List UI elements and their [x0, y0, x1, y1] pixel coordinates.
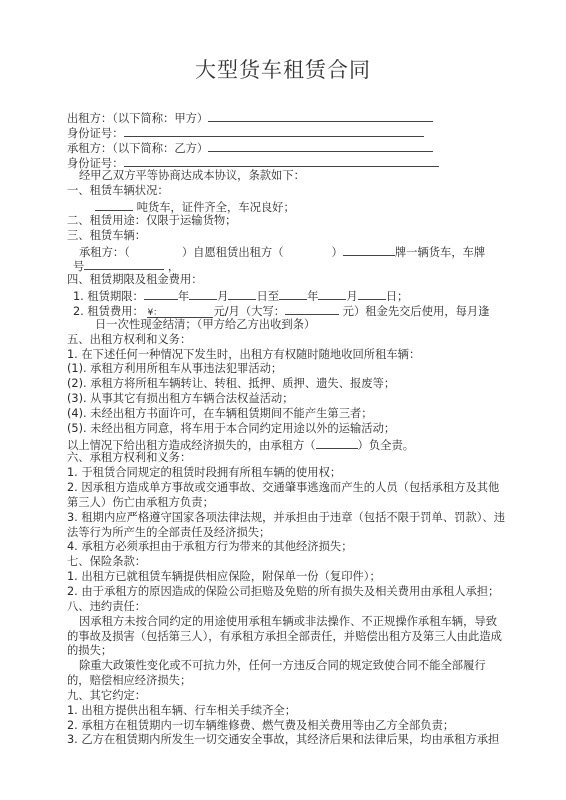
s3-d: 牌一辆货车，车牌	[395, 246, 485, 259]
section-6-heading: 六、承租方权利和义务：	[67, 451, 507, 466]
month2-label: 月	[346, 290, 357, 303]
section-5-summary: 以上情况下给出租方造成经济损失的，由承租方（）负全责。	[67, 437, 507, 452]
s3-b: ）自愿租赁出租方（	[182, 246, 284, 259]
lessor-id-line: 身份证号：	[67, 125, 507, 140]
start-month-blank[interactable]	[189, 288, 217, 300]
lessor-label: 出租方：（以下简称：甲方）	[67, 112, 208, 125]
section-3-text: 承租方：（）自愿租赁出租方（）牌一辆货车，车牌	[67, 244, 507, 259]
section-1-body: 吨货车，证件齐全，车况良好；	[137, 201, 295, 214]
end-day-blank[interactable]	[358, 288, 386, 300]
day-to-label: 日至	[256, 290, 279, 303]
lease-fee-label: 2. 租赁费用：	[73, 305, 144, 318]
lessee-blank[interactable]	[208, 140, 433, 152]
section-5-sub-5: (5). 未经出租方同意，将车用于本合同约定用途以外的运输活动；	[67, 422, 507, 437]
year-label: 年	[178, 290, 189, 303]
month-label: 月	[217, 290, 228, 303]
lease-term-line: 1. 租赁期限：年月日至年月日；	[67, 288, 507, 303]
lease-fee-line: 2. 租赁费用： ¥：元/月（大写： 元）租金先交后使用，每月逢	[67, 303, 507, 318]
section-1-heading: 一、租赁车辆状况：	[67, 184, 507, 199]
section-8-heading: 八、违约责任：	[67, 600, 507, 615]
section-7-heading: 七、保险条款：	[67, 555, 507, 570]
lessee-line: 承租方：（以下简称：乙方）	[67, 140, 507, 155]
s3-e: 号	[73, 260, 84, 273]
summary-b: ）负全责。	[358, 439, 415, 452]
section-6-item-2b: 第三人）伤亡由承租方负责；	[67, 496, 507, 511]
section-3-heading: 三、租赁车辆：	[67, 229, 507, 244]
start-year-blank[interactable]	[144, 288, 178, 300]
section-6-item-2a: 2. 因承租方造成单方事故或交通事故、交通肇事逃逸而产生的人员（包括承租方及其他	[67, 481, 507, 496]
document-title: 大型货车租赁合同	[0, 54, 566, 84]
end-month-blank[interactable]	[318, 288, 346, 300]
section-5-heading: 五、出租方权利和义务：	[67, 333, 507, 348]
lessee-id-line: 身份证号：	[67, 155, 507, 170]
lessor-line: 出租方：（以下简称：甲方）	[67, 110, 507, 125]
lease-fee-cont: 日一次性现金结清；（甲方给乙方出收到条）	[67, 318, 507, 333]
plate-blank[interactable]	[84, 258, 164, 270]
section-8-p1b: 的事故及损害（包括第三人），有承租方承担全部责任，并赔偿出租方及第三人由此造成	[67, 630, 507, 645]
section-7-item-1: 1. 出租方已就租赁车辆提供相应保险，附保单一份（复印件）；	[67, 570, 507, 585]
section-6-item-4: 4. 承租方必须承担由于承租方行为带来的其他经济损失；	[67, 540, 507, 555]
section-9-heading: 九、其它约定：	[67, 689, 507, 704]
section-9-item-3: 3. 乙方在租赁期内所发生一切交通安全事故，其经济后果和法律后果，均由承租方承担	[67, 733, 507, 748]
section-1-text: 吨货车，证件齐全，车况良好；	[67, 199, 507, 214]
lessor-id-label: 身份证号：	[67, 127, 124, 140]
lessor-id-blank[interactable]	[124, 125, 424, 137]
day2-label: 日；	[386, 290, 409, 303]
section-8-p2b: 的，赔偿相应经济损失；	[67, 674, 507, 689]
yen-symbol: ¥：	[147, 308, 162, 318]
summary-a: 以上情况下给出租方造成经济损失的，由承租方（	[67, 439, 316, 452]
section-5-sub-3: (3). 从事其它有损出租方车辆合法权益活动；	[67, 392, 507, 407]
year2-label: 年	[307, 290, 318, 303]
section-3-plate: 号 ，	[67, 258, 507, 273]
section-6-item-3b: 法等行为所产生的全部责任及经济损失；	[67, 526, 507, 541]
lessee-label: 承租方：（以下简称：乙方）	[67, 142, 208, 155]
section-5-sub-4: (4). 未经出租方书面许可，在车辆租赁期间不能产生第三者；	[67, 407, 507, 422]
section-9-item-1: 1. 出租方提供出租车辆、行车相关手续齐全；	[67, 704, 507, 719]
lessor-blank[interactable]	[208, 110, 433, 122]
section-6-item-3a: 3. 租期内应严格遵守国家各项法律法规，并承担由于违章（包括不限于罚单、罚款）、…	[67, 511, 507, 526]
section-8-p1c: 的损失；	[67, 644, 507, 659]
end-year-blank[interactable]	[279, 288, 307, 300]
section-9-item-2: 2. 承租方在租赁期内一切车辆维修费、燃气费及相关费用等由乙方全部负责；	[67, 719, 507, 734]
section-5-item-1: 1. 在下述任何一种情况下发生时，出租方有权随时随地收回所租车辆：	[67, 348, 507, 363]
fee-unit: 元/月（大写：	[213, 305, 285, 318]
preamble: 经甲乙双方平等协商达成本协议，条款如下：	[67, 169, 507, 184]
brand-blank[interactable]	[343, 244, 395, 256]
section-6-item-1: 1. 于租赁合同规定的租赁时段拥有所租车辆的使用权；	[67, 466, 507, 481]
tonnage-blank[interactable]	[95, 199, 133, 211]
fee-rest: 元）租金先交后使用，每月逢	[343, 305, 490, 318]
responsible-party-blank[interactable]	[316, 437, 358, 449]
section-8-p2a: 除重大政策性变化或不可抗力外，任何一方违反合同的规定致使合同不能全部履行	[67, 659, 507, 674]
section-7-item-2: 2. 由于承租方的原因造成的保险公司拒赔及免赔的所有损失及相关费用由承租人承担；	[67, 585, 507, 600]
contract-body: 出租方：（以下简称：甲方） 身份证号： 承租方：（以下简称：乙方） 身份证号： …	[67, 110, 507, 748]
s3-a: 承租方：（	[79, 246, 130, 259]
lessee-id-blank[interactable]	[124, 155, 439, 167]
section-2-heading: 二、租赁用途：仅限于运输货物；	[67, 214, 507, 229]
start-day-blank[interactable]	[228, 288, 256, 300]
section-8-p1a: 因承租方未按合同约定的用途使用承租车辆或非法操作、不正规操作承租车辆，导致	[67, 615, 507, 630]
lease-term-label: 1. 租赁期限：	[73, 290, 144, 303]
section-5-sub-1: (1). 承租方利用所租车从事违法犯罪活动；	[67, 362, 507, 377]
s3-c: ）	[332, 246, 343, 259]
section-4-heading: 四、租赁期限及租金费用：	[67, 273, 507, 288]
fee-amount-blank[interactable]: ¥：	[147, 306, 213, 318]
s3-f: ，	[168, 260, 179, 273]
lessee-id-label: 身份证号：	[67, 157, 124, 170]
section-5-sub-2: (2). 承租方将所租车辆转让、转租、抵押、质押、遗失、报废等；	[67, 377, 507, 392]
fee-capital-blank[interactable]	[285, 303, 339, 315]
